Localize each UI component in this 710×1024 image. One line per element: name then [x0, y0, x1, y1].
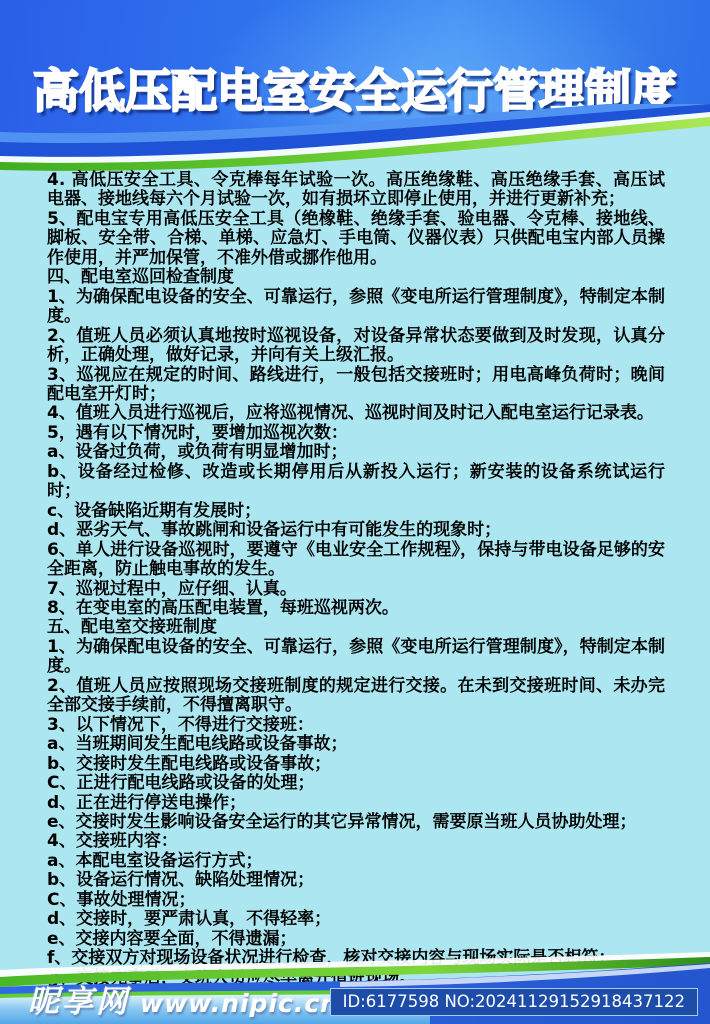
regulation-paragraph: a、当班期间发生配电线路或设备事故；	[47, 735, 665, 754]
watermark-site-name: 昵享网	[28, 976, 130, 1021]
regulation-paragraph: 7、巡视过程中，应仔细、认真。	[47, 580, 665, 599]
regulation-paragraph: 5，遇有以下情况时，要增加巡视次数：	[47, 424, 665, 443]
regulation-paragraph: 1、为确保配电设备的安全、可靠运行，参照《变电所运行管理制度》，特制定本制度。	[47, 638, 665, 677]
regulation-paragraph: b、设备经过检修、改造或长期停用后从新投入运行；新安装的设备系统试运行时；	[47, 463, 665, 502]
regulation-paragraph: 3、以下情况下，不得进行交接班：	[47, 716, 665, 735]
poster-page: 高低压配电室安全运行管理制度 4. 高低压安全工具、令克棒每年试验一次。高压绝缘…	[0, 0, 710, 1024]
regulation-paragraph: a、设备过负荷，或负荷有明显增加时；	[47, 443, 665, 462]
watermark-site-url: www.nipic.cn	[140, 989, 339, 1018]
regulation-paragraph: 4. 高低压安全工具、令克棒每年试验一次。高压绝缘鞋、高压绝缘手套、高压试电器、…	[47, 171, 665, 210]
regulation-paragraph: 4、值班入员进行巡视后，应将巡视情况、巡视时间及时记入配电室运行记录表。	[47, 404, 665, 423]
regulation-paragraph: b、交接时发生配电线路或设备事故；	[47, 755, 665, 774]
regulation-paragraph: 6、单人进行设备巡视时，要遵守《电业安全工作规程》，保持与带电设备足够的安全距离…	[47, 541, 665, 580]
regulation-paragraph: C、事故处理情况；	[47, 891, 665, 910]
section-heading: 四、配电室巡回检查制度	[47, 268, 665, 287]
regulation-paragraph: 4、交接班内容：	[47, 832, 665, 851]
regulation-paragraph: C、正进行配电线路或设备的处理；	[47, 774, 665, 793]
regulation-paragraph: d、正在进行停送电操作；	[47, 794, 665, 813]
regulation-paragraph: e、交接时发生影响设备安全运行的其它异常情况，需要原当班人员协助处理；	[47, 813, 665, 832]
watermark: 昵享网 www.nipic.cn	[28, 976, 339, 1021]
regulation-paragraph: a、本配电室设备运行方式；	[47, 852, 665, 871]
regulation-paragraph: 8、在变电室的高压配电装置，每班巡视两次。	[47, 599, 665, 618]
section-heading: 五、配电室交接班制度	[47, 618, 665, 637]
regulation-paragraph: b、设备运行情况、缺陷处理情况；	[47, 871, 665, 890]
regulation-paragraph: d、交接时，要严肃认真，不得轻率；	[47, 910, 665, 929]
regulation-paragraph: 3、巡视应在规定的时间、路线进行，一般包括交接班时；用电高峰负荷时；晚间配电室开…	[47, 366, 665, 405]
stock-id-badge: ID:6177598 NO:20241129152918437122	[330, 988, 698, 1016]
regulation-paragraph: d、恶劣天气、事故跳闸和设备运行中有可能发生的现象时；	[47, 521, 665, 540]
regulation-paragraph: 1、为确保配电设备的安全、可靠运行，参照《变电所运行管理制度》，特制定本制度。	[47, 288, 665, 327]
regulation-paragraph: 2、值班人员应按照现场交接班制度的规定进行交接。在未到交接班时间、未办完全部交接…	[47, 677, 665, 716]
regulation-paragraph: 5、配电宝专用高低压安全工具（绝橡鞋、绝缘手套、验电器、令克棒、接地线、脚板、安…	[47, 210, 665, 268]
regulation-paragraph: 2、值班人员必须认真地按时巡视设备，对设备异常状态要做到及时发现，认真分析，正确…	[47, 327, 665, 366]
regulation-paragraph: c、设备缺陷近期有发展时；	[47, 502, 665, 521]
regulations-text: 4. 高低压安全工具、令克棒每年试验一次。高压绝缘鞋、高压绝缘手套、高压试电器、…	[47, 171, 665, 988]
